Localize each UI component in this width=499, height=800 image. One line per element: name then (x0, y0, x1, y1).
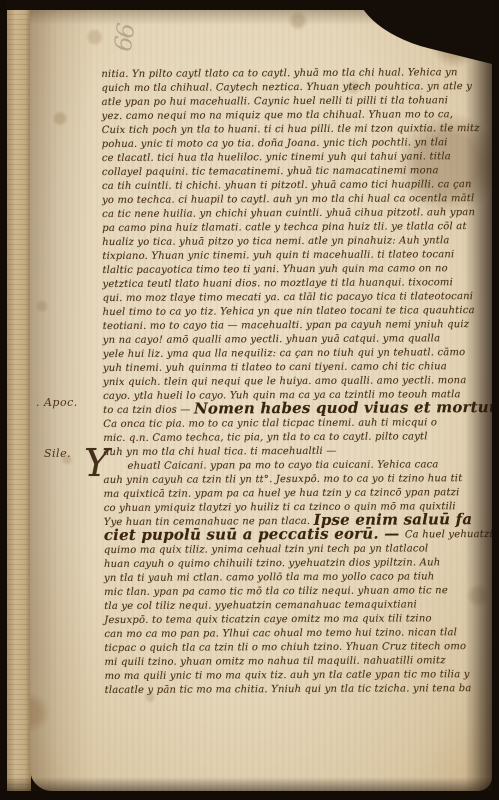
page-bottom-shadow (0, 777, 499, 791)
photo-edge-left (0, 0, 7, 800)
manuscript-photo: 99 Y nitia. Yn pilto caytl tlato ca to c… (0, 0, 499, 800)
margin-note: . Apoc. (36, 396, 78, 409)
manuscript-line: to ca tzin dios — Nomen habes quod viuas… (103, 399, 499, 415)
nahuatl-text: tlacatle y pān tic mo ma chitia. Yniuh q… (105, 683, 472, 696)
page-stack-edge (7, 4, 31, 796)
manuscript-line: huan cayuh o quimo chihuili tzino. yyehu… (104, 553, 499, 569)
page-curve-shadow (464, 0, 492, 800)
photo-edge-top (0, 0, 499, 10)
margin-note: Sile. (44, 447, 71, 460)
latin-quote-text: Nomen habes quod viuas et mortuus es (194, 398, 499, 418)
folio-pencil-mark: 99 (108, 21, 139, 51)
photo-edge-right (492, 0, 499, 800)
photo-edge-bottom (0, 791, 499, 800)
manuscript-text-block: nitia. Yn pilto caytl tlato ca to caytl.… (101, 63, 499, 695)
latin-quote-text: ciet pupolū suū a peccatis eorū. — (104, 524, 405, 544)
manuscript-line: mic tlan. ypan pa camo tic mō tla co til… (104, 581, 499, 597)
manuscript-line: tlacatle y pān tic mo ma chitia. Yniuh q… (105, 679, 499, 695)
